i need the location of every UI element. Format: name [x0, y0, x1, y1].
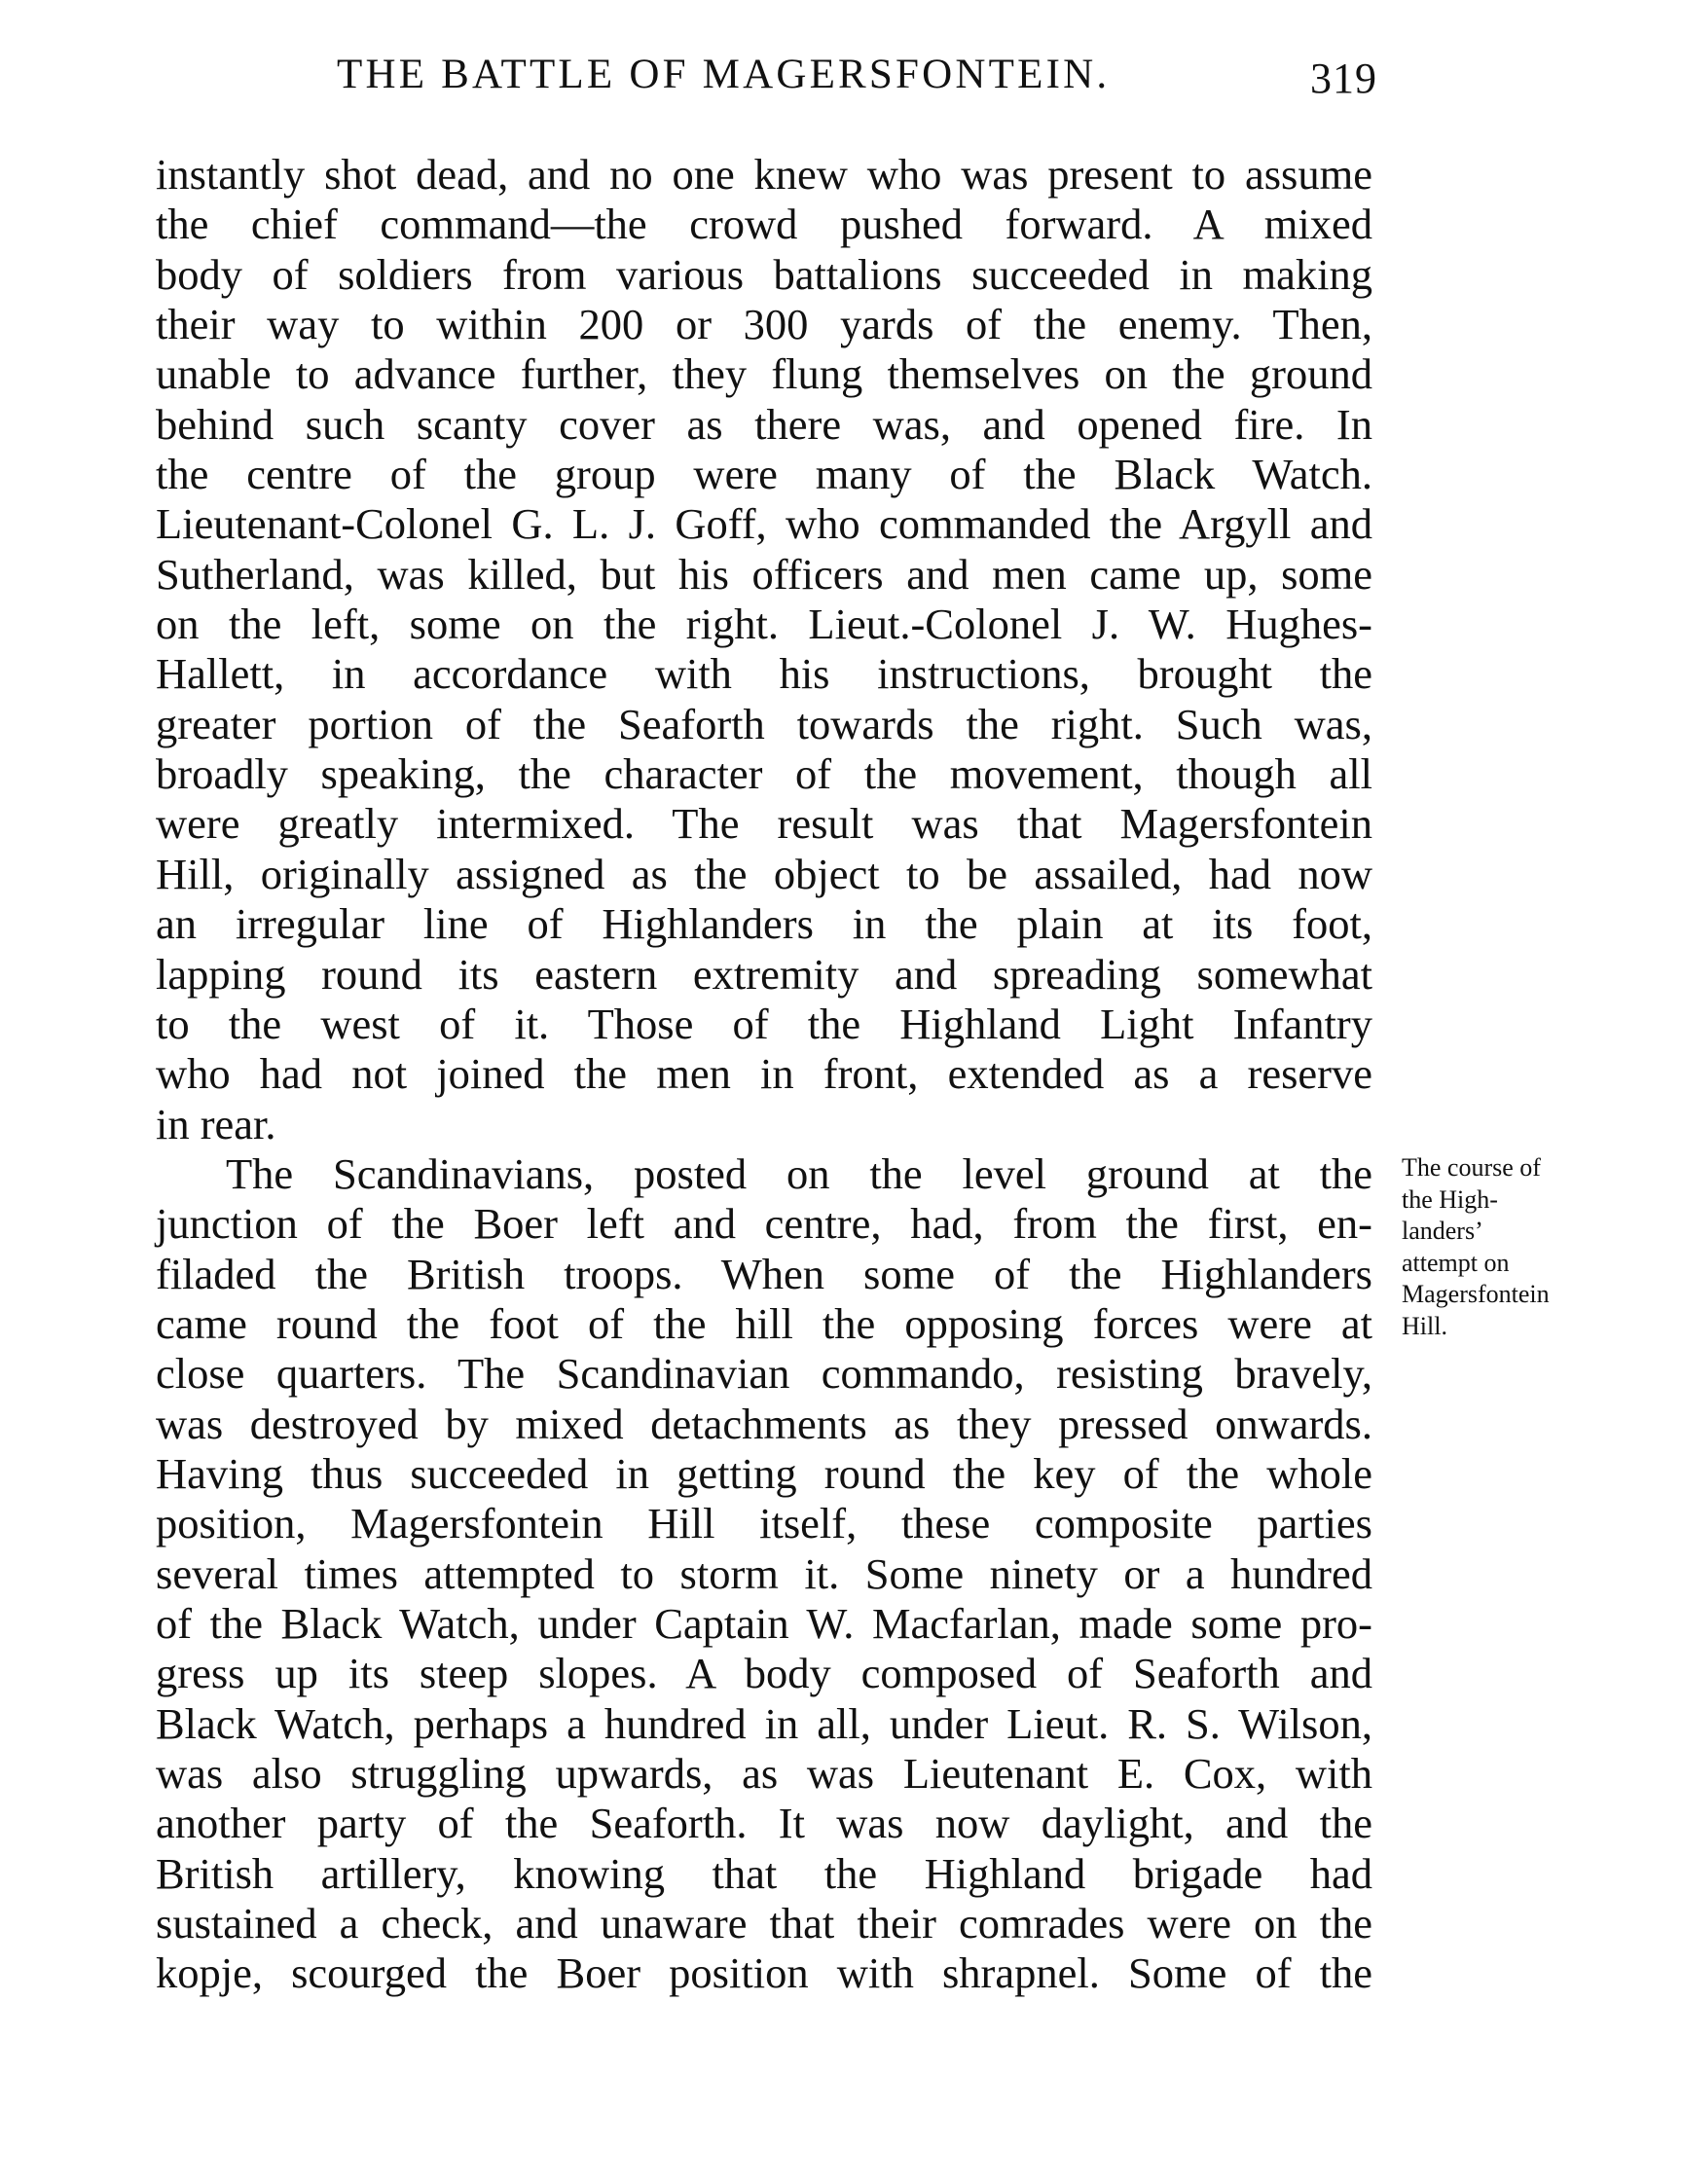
paragraph-2: The Scandinavians, posted on the level g…: [156, 1149, 1372, 1999]
text-line: their way to within 200 or 300 yards of …: [156, 300, 1372, 349]
text-line: behind such scanty cover as there was, a…: [156, 400, 1372, 450]
marginal-note-line: Magersfontein: [1402, 1279, 1616, 1311]
marginal-note-line: attempt on: [1402, 1248, 1616, 1280]
text-line: Hallett, in accordance with his instruct…: [156, 649, 1372, 699]
running-title: THE BATTLE OF MAGERSFONTEIN.: [337, 51, 1193, 99]
text-line-indented: The Scandinavians, posted on the level g…: [156, 1149, 1372, 1199]
text-line: instantly shot dead, and no one knew who…: [156, 150, 1372, 200]
text-line: who had not joined the men in front, ext…: [156, 1049, 1372, 1099]
text-line: of the Black Watch, under Captain W. Mac…: [156, 1599, 1372, 1649]
text-line: another party of the Seaforth. It was no…: [156, 1799, 1372, 1848]
text-line: Black Watch, perhaps a hundred in all, u…: [156, 1699, 1372, 1749]
text-line: greater portion of the Seaforth towards …: [156, 700, 1372, 749]
text-line: kopje, scourged the Boer position with s…: [156, 1948, 1372, 1998]
text-line: Having thus succeeded in getting round t…: [156, 1449, 1372, 1499]
page-number: 319: [1310, 55, 1377, 103]
text-line: gress up its steep slopes. A body compos…: [156, 1649, 1372, 1698]
marginal-note-line: The course of: [1402, 1152, 1616, 1184]
text-line: to the west of it. Those of the Highland…: [156, 1000, 1372, 1049]
marginal-note-line: landers’: [1402, 1216, 1616, 1248]
text-line: was also struggling upwards, as was Lieu…: [156, 1749, 1372, 1799]
text-line: broadly speaking, the character of the m…: [156, 749, 1372, 799]
text-line: the centre of the group were many of the…: [156, 450, 1372, 499]
book-page: THE BATTLE OF MAGERSFONTEIN. 319 instant…: [0, 0, 1682, 2184]
text-line: Lieutenant-Colonel G. L. J. Goff, who co…: [156, 499, 1372, 549]
text-line-paragraph-end: in rear.: [156, 1100, 1372, 1149]
text-line: an irregular line of Highlanders in the …: [156, 899, 1372, 949]
body-text: instantly shot dead, and no one knew who…: [156, 150, 1372, 1999]
text-line: position, Magersfontein Hill itself, the…: [156, 1499, 1372, 1548]
marginal-note: The course of the High- landers’ attempt…: [1402, 1152, 1616, 1342]
text-line: British artillery, knowing that the High…: [156, 1849, 1372, 1899]
text-line: was destroyed by mixed detachments as th…: [156, 1400, 1372, 1449]
text-line: were greatly intermixed. The result was …: [156, 799, 1372, 849]
paragraph-1: instantly shot dead, and no one knew who…: [156, 150, 1372, 1149]
text-line: unable to advance further, they flung th…: [156, 349, 1372, 399]
text-line: sustained a check, and unaware that thei…: [156, 1899, 1372, 1948]
text-line: Sutherland, was killed, but his officers…: [156, 550, 1372, 600]
text-line: several times attempted to storm it. Som…: [156, 1549, 1372, 1599]
text-line: Hill, originally assigned as the object …: [156, 850, 1372, 899]
marginal-note-line: the High-: [1402, 1184, 1616, 1217]
text-line: on the left, some on the right. Lieut.-C…: [156, 600, 1372, 649]
text-line: lapping round its eastern extremity and …: [156, 950, 1372, 1000]
text-line: close quarters. The Scandinavian command…: [156, 1349, 1372, 1399]
text-line: came round the foot of the hill the oppo…: [156, 1299, 1372, 1349]
running-head: THE BATTLE OF MAGERSFONTEIN. 319: [156, 51, 1372, 99]
text-line: body of soldiers from various battalions…: [156, 250, 1372, 300]
marginal-note-line: Hill.: [1402, 1311, 1616, 1343]
text-line: the chief command—the crowd pushed forwa…: [156, 200, 1372, 249]
text-line: junction of the Boer left and centre, ha…: [156, 1199, 1372, 1249]
text-line: filaded the British troops. When some of…: [156, 1250, 1372, 1299]
